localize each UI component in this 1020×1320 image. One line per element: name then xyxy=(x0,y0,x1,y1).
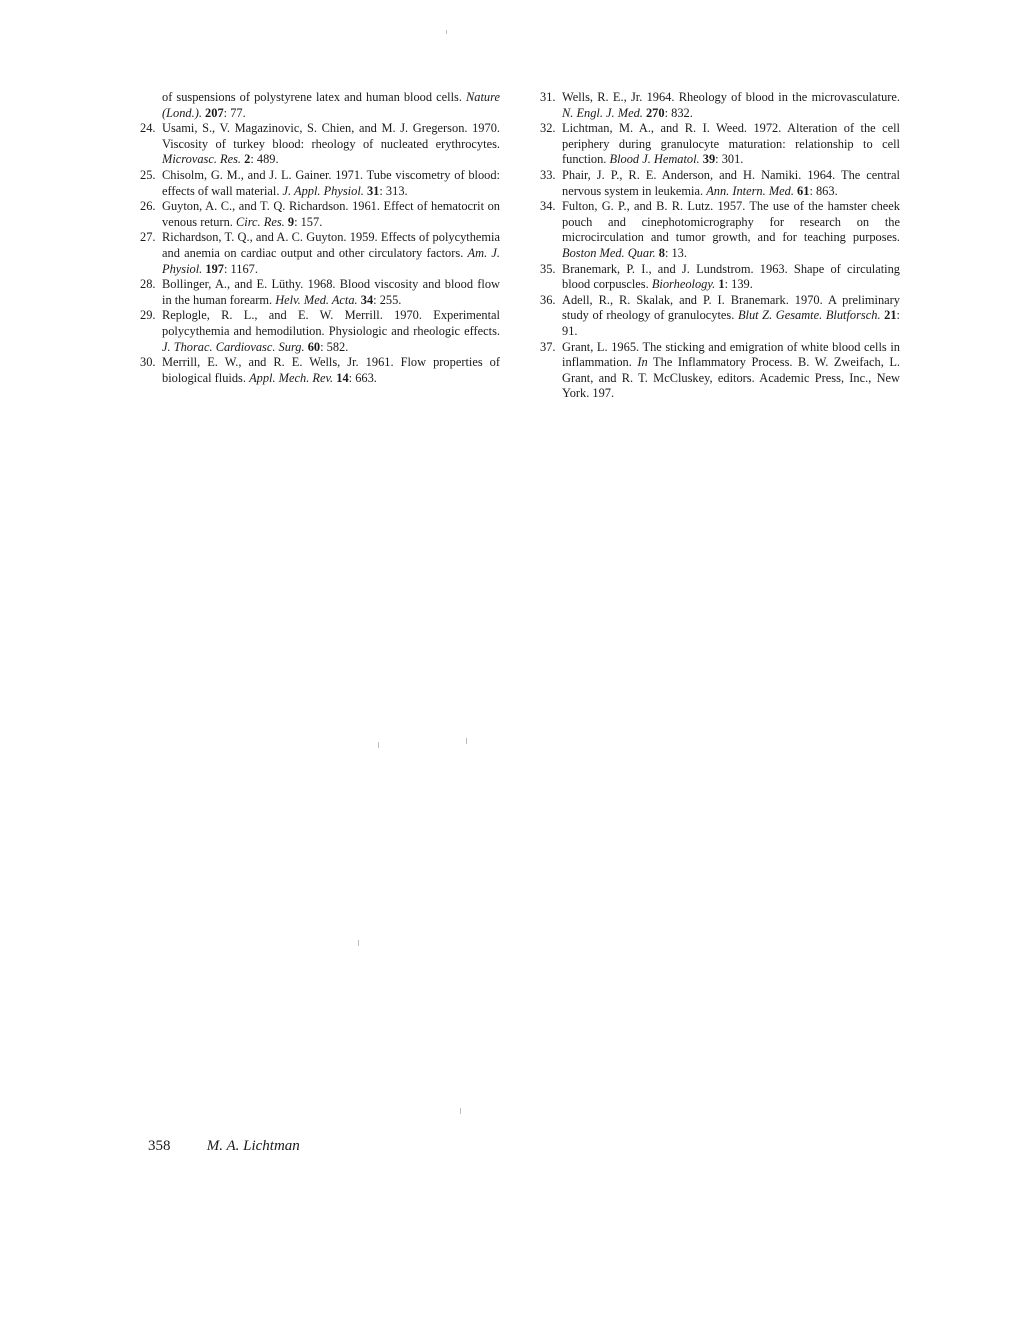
reference-number: 24. xyxy=(140,121,156,137)
reference-item: 30.Merrill, E. W., and R. E. Wells, Jr. … xyxy=(140,355,500,386)
reference-journal: Blut Z. Gesamte. Blutforsch. xyxy=(738,308,881,322)
reference-item: 26.Guyton, A. C., and T. Q. Richardson. … xyxy=(140,199,500,230)
reference-continuation: of suspensions of polystyrene latex and … xyxy=(140,90,500,121)
reference-pages: 13. xyxy=(671,246,687,260)
reference-volume: 8 xyxy=(659,246,665,260)
reference-volume: 21 xyxy=(884,308,896,322)
reference-number: 25. xyxy=(140,168,156,184)
reference-pages: 255. xyxy=(380,293,402,307)
reference-pages: 582. xyxy=(327,340,349,354)
page-footer: 358 M. A. Lichtman xyxy=(148,1138,300,1155)
reference-journal: Biorheology. xyxy=(652,277,715,291)
reference-text: Wells, R. E., Jr. 1964. Rheology of bloo… xyxy=(562,90,900,104)
reference-number: 35. xyxy=(540,262,556,278)
reference-pages: 301. xyxy=(722,152,744,166)
references-right-column: 31.Wells, R. E., Jr. 1964. Rheology of b… xyxy=(540,90,900,402)
reference-volume: 207 xyxy=(205,106,224,120)
reference-item: 32.Lichtman, M. A., and R. I. Weed. 1972… xyxy=(540,121,900,168)
reference-volume: 61 xyxy=(797,184,809,198)
reference-number: 32. xyxy=(540,121,556,137)
reference-number: 29. xyxy=(140,308,156,324)
reference-text: Guyton, A. C., and T. Q. Richardson. 196… xyxy=(162,199,500,229)
scan-speck xyxy=(378,742,379,748)
reference-volume: 34 xyxy=(361,293,373,307)
reference-journal: Blood J. Hematol. xyxy=(610,152,700,166)
scan-speck xyxy=(460,1108,461,1114)
reference-pages: 489. xyxy=(257,152,279,166)
reference-volume: 39 xyxy=(703,152,715,166)
reference-number: 33. xyxy=(540,168,556,184)
reference-journal: Helv. Med. Acta. xyxy=(275,293,357,307)
reference-number: 26. xyxy=(140,199,156,215)
reference-item: 31.Wells, R. E., Jr. 1964. Rheology of b… xyxy=(540,90,900,121)
reference-item: 36.Adell, R., R. Skalak, and P. I. Brane… xyxy=(540,293,900,340)
scan-speck xyxy=(358,940,359,946)
reference-pages: 91. xyxy=(562,324,578,338)
reference-volume: 31 xyxy=(367,184,379,198)
reference-number: 27. xyxy=(140,230,156,246)
reference-item: 33.Phair, J. P., R. E. Anderson, and H. … xyxy=(540,168,900,199)
reference-pages: 139. xyxy=(731,277,753,291)
reference-item: 37.Grant, L. 1965. The sticking and emig… xyxy=(540,340,900,402)
reference-pages: 1167. xyxy=(231,262,258,276)
reference-number: 37. xyxy=(540,340,556,356)
reference-text: Richardson, T. Q., and A. C. Guyton. 195… xyxy=(162,230,500,260)
reference-number: 30. xyxy=(140,355,156,371)
reference-volume: 60 xyxy=(308,340,320,354)
reference-journal: Microvasc. Res. xyxy=(162,152,241,166)
running-author: M. A. Lichtman xyxy=(207,1138,300,1154)
reference-journal: N. Engl. J. Med. xyxy=(562,106,643,120)
reference-volume: 270 xyxy=(646,106,665,120)
reference-number: 31. xyxy=(540,90,556,106)
reference-journal: Appl. Mech. Rev. xyxy=(249,371,333,385)
scan-speck xyxy=(466,738,467,744)
scan-speck xyxy=(446,30,447,34)
reference-pages: 157. xyxy=(301,215,323,229)
reference-pages: 77. xyxy=(230,106,246,120)
reference-text: Usami, S., V. Magazinovic, S. Chien, and… xyxy=(162,121,500,151)
reference-item: 27.Richardson, T. Q., and A. C. Guyton. … xyxy=(140,230,500,277)
reference-item: 24.Usami, S., V. Magazinovic, S. Chien, … xyxy=(140,121,500,168)
reference-text: Replogle, R. L., and E. W. Merrill. 1970… xyxy=(162,308,500,338)
reference-item: 25.Chisolm, G. M., and J. L. Gainer. 197… xyxy=(140,168,500,199)
reference-pages: 313. xyxy=(386,184,408,198)
reference-item: 29.Replogle, R. L., and E. W. Merrill. 1… xyxy=(140,308,500,355)
reference-journal: J. Appl. Physiol. xyxy=(283,184,364,198)
reference-item: 34.Fulton, G. P., and B. R. Lutz. 1957. … xyxy=(540,199,900,261)
reference-item: 28.Bollinger, A., and E. Lüthy. 1968. Bl… xyxy=(140,277,500,308)
reference-number: 28. xyxy=(140,277,156,293)
reference-volume: 1 xyxy=(718,277,724,291)
reference-item: 35.Branemark, P. I., and J. Lundstrom. 1… xyxy=(540,262,900,293)
reference-volume: 2 xyxy=(244,152,250,166)
reference-volume: 14 xyxy=(336,371,348,385)
reference-journal: In xyxy=(637,355,647,369)
reference-number: 34. xyxy=(540,199,556,215)
reference-journal: Circ. Res. xyxy=(236,215,285,229)
reference-journal: J. Thorac. Cardiovasc. Surg. xyxy=(162,340,305,354)
reference-number: 36. xyxy=(540,293,556,309)
reference-pages: 663. xyxy=(355,371,377,385)
reference-volume: 9 xyxy=(288,215,294,229)
reference-text: of suspensions of polystyrene latex and … xyxy=(162,90,466,104)
page-number: 358 xyxy=(148,1138,203,1155)
reference-pages: 863. xyxy=(816,184,838,198)
reference-volume: 197 xyxy=(205,262,224,276)
reference-pages: 832. xyxy=(671,106,693,120)
reference-text: Fulton, G. P., and B. R. Lutz. 1957. The… xyxy=(562,199,900,244)
references-left-column: of suspensions of polystyrene latex and … xyxy=(140,90,500,386)
reference-journal: Ann. Intern. Med. xyxy=(706,184,794,198)
reference-journal: Boston Med. Quar. xyxy=(562,246,656,260)
